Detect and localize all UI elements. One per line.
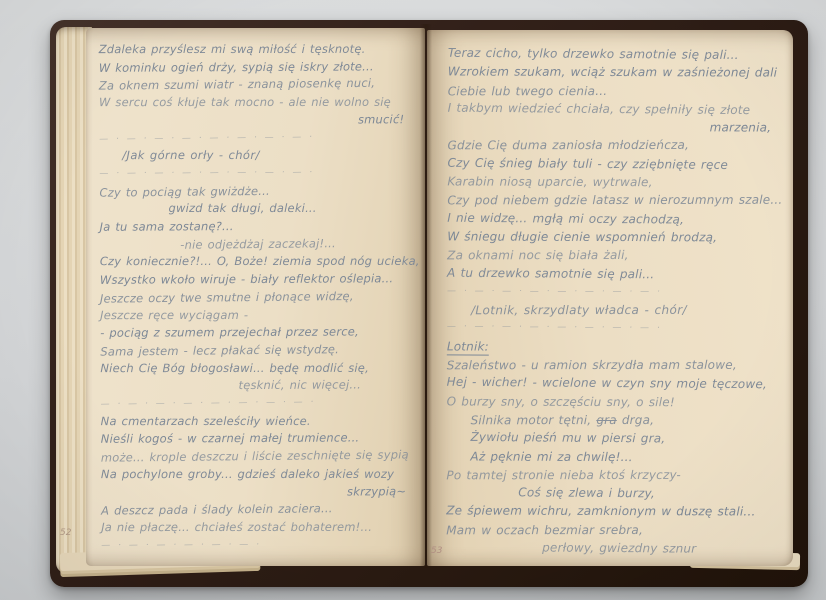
poem-line: Żywiołu pieśń mu w piersi gra, [446,428,784,449]
left-page-text: Zdaleka przyślesz mi swą miłość i tęskno… [86,28,425,566]
poem-line: A deszcz pada i ślady kolein zaciera... [101,500,420,521]
poem-line: W śniegu długie cienie wspomnień brodzą, [447,227,785,246]
stanza-header: /Jak górne orły - chór/ [99,147,418,165]
poem-line: Czy pod niebem gdzie latasz w nierozumny… [447,191,785,210]
poem-line: Hej - wicher! - wcielone w czyn sny moje… [447,373,785,394]
poem-line: Karabin niosą uparcie, wytrwale, [447,173,785,192]
poem-line: Po tamtej stronie nieba ktoś krzyczy- [446,466,784,485]
poem-line: Ja tu sama zostanę?... [100,217,419,236]
poem-line: Na cmentarzach szeleściły wieńce. [101,413,420,431]
poem-line: Teraz cicho, tylko drzewko samotnie się … [448,44,786,65]
poem-line: Coś się zlewa i burzy, [446,483,784,504]
crossed-out-word: gra [596,413,617,427]
poem-line: Gdzie Cię duma zaniosła młodzieńcza, [448,136,786,155]
handwritten-divider: — · — · — · — · — · — · — · — · [447,318,785,339]
poem-line: może... krople deszczu i liście zeschnię… [101,446,420,467]
page-number-right: 53 [431,546,442,556]
poem-line: O burzy sny, o szczęściu sny, o sile! [447,392,785,411]
handwritten-divider: — · — · — · — · — · — · — · — · [99,128,418,149]
right-page: Teraz cicho, tylko drzewko samotnie się … [427,30,793,566]
stanza-header: /Lotnik, skrzydlaty władca - chór/ [447,301,785,320]
notebook-photograph: Zdaleka przyślesz mi swą miłość i tęskno… [0,0,826,600]
poem-line: W sercu coś kłuje tak mocno - ale nie wo… [99,94,418,112]
poem-line: Mam w oczach bezmiar srebra, [446,520,784,539]
handwritten-divider: — · — · — · — · — · — · — · — · [447,282,785,301]
poem-line: I takbym wiedzieć chciała, czy spełniły … [448,99,786,120]
poem-line: perłowy, gwiezdny sznur [446,538,784,559]
right-page-text: Teraz cicho, tylko drzewko samotnie się … [427,30,793,566]
underlined-word: Lotnik: [447,339,489,355]
poem-line: marzenia, [448,118,786,137]
poem-line: Szaleństwo - u ramion skrzydła mam stalo… [447,356,785,375]
poem-line: Zdaleka przyślesz mi swą miłość i tęskno… [99,41,418,59]
poem-line: A tu drzewko samotnie się pali... [447,263,785,284]
poem-line: Lotnik: [447,337,785,356]
handwritten-divider: — · — · — · — · — · — · — · — · [99,164,418,183]
poem-line: Sama jestem - lecz płakać się wstydzę. [100,340,419,361]
poem-line: gwizd tak długi, daleki... [100,200,419,218]
poem-line: Czy to pociąg tak gwiżdże... [99,181,418,202]
poem-line: Czy Cię śnieg biały tuli - czy zziębnięt… [447,153,785,174]
poem-line: smucić! [99,111,418,130]
poem-line: Za oknem szumi wiatr - znaną piosenkę nu… [99,75,418,96]
poem-line: I nie widzę... mgłą mi oczy zachodzą, [447,208,785,229]
poem-line: Czy koniecznie?!... O, Boże! ziemia spod… [100,253,419,271]
handwritten-divider: — · — · — · — · — · — · [101,536,420,555]
poem-line: Na pochylone groby... gdzieś daleko jaki… [101,466,420,484]
page-number-left: 52 [60,528,71,538]
left-page: Zdaleka przyślesz mi swą miłość i tęskno… [86,28,425,566]
poem-line: Za oknami noc się biała żali, [447,246,785,265]
poem-line: Silnika motor tętni, gra drga, [447,411,785,430]
poem-line: Ze śpiewem wichru, zamknionym w duszę st… [446,502,784,521]
poem-line: Ja nie płaczę... chciałeś zostać bohater… [101,519,420,537]
poem-line: Aż pęknie mi za chwilę!... [446,447,784,466]
poem-line: Niech Cię Bóg błogosławi... będę modlić … [100,359,419,377]
poem-line: Wzrokiem szukam, wciąż szukam w zaśnieżo… [448,63,786,82]
handwritten-divider: — · — · — · — · — · — · — · — · [100,393,419,414]
poem-line: Wszystko wkoło wiruje - biały reflektor … [100,270,419,289]
poem-line: Jeszcze ręce wyciągam - [100,306,419,324]
poem-line: Ciebie lub twego cienia... [448,81,786,100]
poem-line: Jeszcze oczy twe smutne i płonące widzę, [100,287,419,308]
